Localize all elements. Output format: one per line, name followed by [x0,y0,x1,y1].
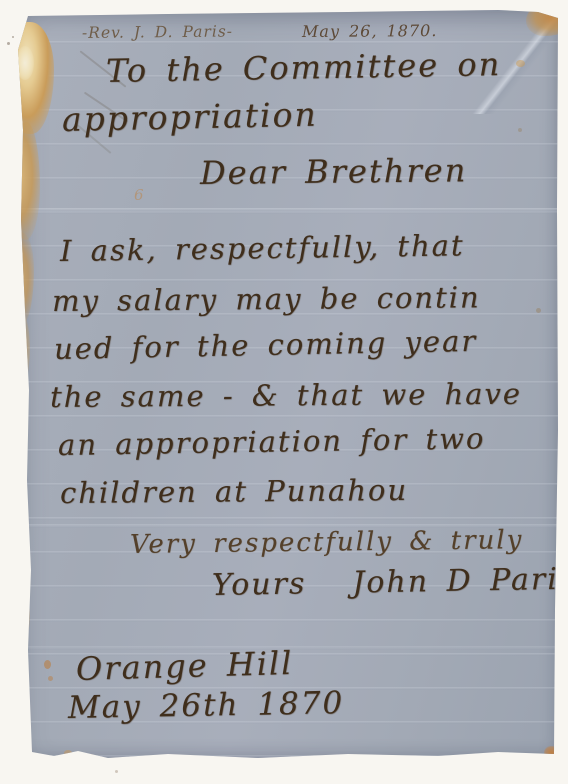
closing-line: Very respectfully & truly [130,525,524,560]
scanned-letter: -Rev. J. D. Paris- May 26, 1870. To the … [0,0,568,784]
faint-marginal-mark: 6 [134,186,146,204]
rust-speck [48,676,53,681]
stain-bottom-right [544,746,559,759]
header-annotation: -Rev. J. D. Paris- [82,22,233,42]
body-line: an appropriation for two [58,421,486,462]
place-line: Orange Hill [75,644,293,688]
stain-top-right [526,4,568,36]
scanner-speck [7,42,10,45]
body-line: children at Punahou [60,473,408,510]
rust-speck [88,754,94,759]
stain-left-edge [10,122,40,240]
salutation: Dear Brethren [200,151,468,192]
body-line: I ask, respectfully, that [60,228,465,268]
stain-light-patch [16,46,34,80]
footer-date-line: May 26th 1870 [68,685,345,726]
scanner-speck [12,36,14,38]
letter-paper: -Rev. J. D. Paris- May 26, 1870. To the … [18,10,558,760]
body-line: the same - & that we have [50,377,522,414]
rust-speck [64,750,72,756]
paper-fold-line [18,208,558,212]
scanner-speck [115,770,118,773]
freckle [518,128,522,132]
closing-yours: Yours [212,566,307,603]
body-line: my salary may be contin [52,280,481,318]
signature-row: Yours John D Paris [212,562,568,603]
freckle [536,308,541,313]
rust-speck [516,60,525,67]
rust-speck [44,660,51,669]
header-date: May 26, 1870. [302,21,438,41]
address-line: appropriation [62,95,318,139]
stain-left-edge [10,310,30,388]
stain-left-edge [12,592,30,642]
address-line: To the Committee on [106,45,502,90]
signature: John D Paris [352,562,568,601]
